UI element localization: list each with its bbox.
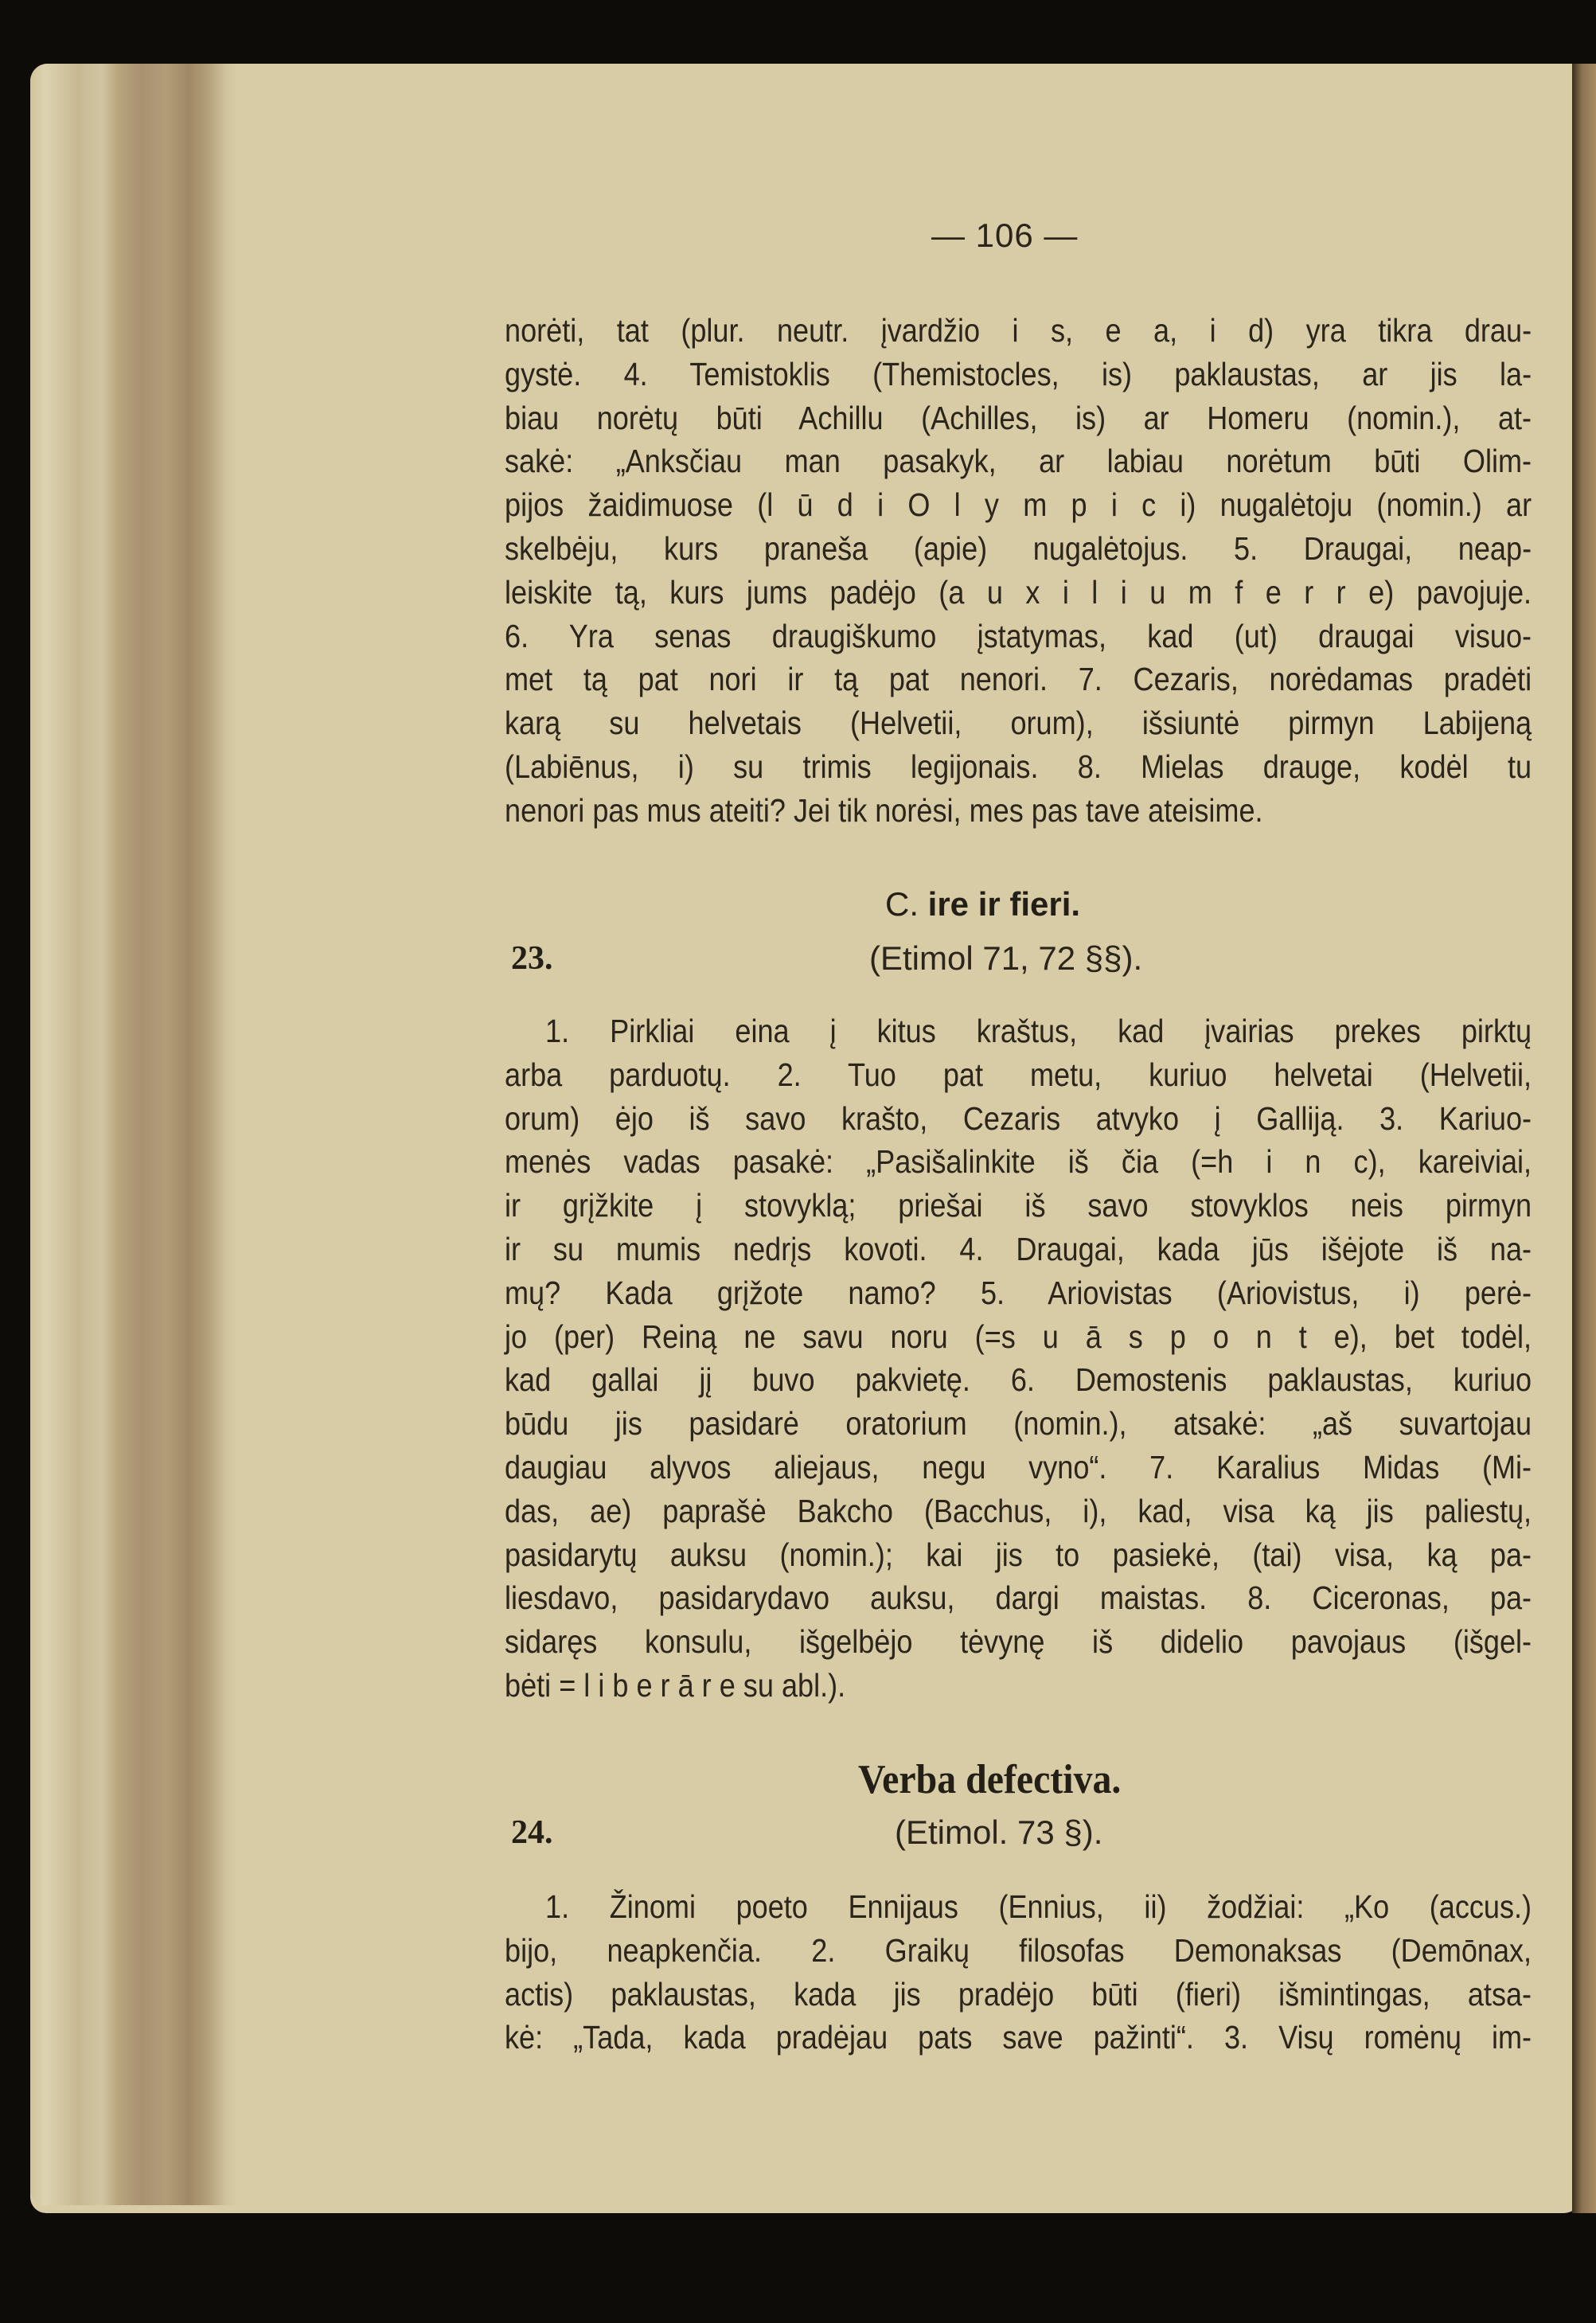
text-line: pasidarytų auksu (nomin.); kai jis to pa… — [505, 1533, 1532, 1577]
section-heading-c: C. ire ir fieri. — [885, 885, 1080, 923]
exercise-number-23: 23. — [511, 939, 553, 978]
text-line: sidaręs konsulu, išgelbėjo tėvynę iš did… — [505, 1620, 1532, 1664]
page-number: — 106 — — [931, 217, 1078, 255]
etymology-reference: (Etimol 71, 72 §§). — [869, 939, 1142, 978]
text-line: 1. Žinomi poeto Ennijaus (Ennius, ii) žo… — [505, 1885, 1532, 1929]
book-binding-edge — [1572, 64, 1596, 2213]
text-line: menės vadas pasakė: „Pasišalinkite iš či… — [505, 1140, 1532, 1184]
text-line: bijo, neapkenčia. 2. Graikų filosofas De… — [505, 1929, 1532, 1973]
text-line: būdu jis pasidarė oratorium (nomin.), at… — [505, 1402, 1532, 1446]
text-line: pijos žaidimuose (l ū d i O l y m p i c … — [505, 483, 1532, 527]
text-line: 1. Pirkliai eina į kitus kraštus, kad įv… — [505, 1009, 1532, 1053]
section-letter: C. — [885, 885, 919, 923]
text-line: 6. Yra senas draugiškumo įstatymas, kad … — [505, 615, 1532, 658]
continued-paragraph: norėti, tat (plur. neutr. įvardžio i s, … — [505, 309, 1408, 833]
exercise-23-text: 1. Pirkliai eina į kitus kraštus, kad įv… — [505, 1009, 1408, 1708]
text-line: (Labiēnus, i) su trimis legijonais. 8. M… — [505, 745, 1532, 789]
text-line: nenori pas mus ateiti? Jei tik norėsi, m… — [505, 789, 1532, 833]
section-heading-verba-defectiva: Verba defectiva. — [858, 1756, 1121, 1803]
text-line: biau norėtų būti Achillu (Achilles, is) … — [505, 396, 1532, 440]
text-line: arba parduotų. 2. Tuo pat metu, kuriuo h… — [505, 1053, 1532, 1097]
exercise-24-text: 1. Žinomi poeto Ennijaus (Ennius, ii) žo… — [505, 1885, 1408, 2059]
text-line: jo (per) Reiną ne savu noru (=s u ā s p … — [505, 1315, 1532, 1359]
page-stack-edge — [30, 64, 237, 2205]
text-line: gystė. 4. Temistoklis (Themistocles, is)… — [505, 353, 1532, 396]
text-line: norėti, tat (plur. neutr. įvardžio i s, … — [505, 309, 1532, 353]
text-line: daugiau alyvos aliejaus, negu vyno“. 7. … — [505, 1446, 1532, 1489]
text-line: actis) paklaustas, kada jis pradėjo būti… — [505, 1973, 1532, 2017]
text-line: orum) ėjo iš savo krašto, Cezaris atvyko… — [505, 1097, 1532, 1141]
text-line: leiskite tą, kurs jums padėjo (a u x i l… — [505, 571, 1532, 615]
text-line: kė: „Tada, kada pradėjau pats save pažin… — [505, 2016, 1532, 2059]
text-line: mų? Kada grįžote namo? 5. Ariovistas (Ar… — [505, 1271, 1532, 1315]
text-line: das, ae) paprašė Bakcho (Bacchus, i), ka… — [505, 1489, 1532, 1533]
exercise-number-24: 24. — [511, 1814, 553, 1852]
text-line: sakė: „Anksčiau man pasakyk, ar labiau n… — [505, 439, 1532, 483]
text-line: ir su mumis nedrįs kovoti. 4. Draugai, k… — [505, 1228, 1532, 1271]
text-line: karą su helvetais (Helvetii, orum), išsi… — [505, 701, 1532, 745]
text-line: skelbėju, kurs praneša (apie) nugalėtoju… — [505, 527, 1532, 571]
text-line: met tą pat nori ir tą pat nenori. 7. Cez… — [505, 658, 1532, 701]
text-line: kad gallai jį buvo pakvietę. 6. Demosten… — [505, 1358, 1532, 1402]
text-line: liesdavo, pasidarydavo auksu, dargi mais… — [505, 1576, 1532, 1620]
text-line: ir grįžkite į stovyklą; priešai iš savo … — [505, 1184, 1532, 1228]
text-line: bėti = l i b e r ā r e su abl.). — [505, 1664, 1532, 1708]
etymology-reference: (Etimol. 73 §). — [895, 1814, 1102, 1852]
section-title: ire ir fieri. — [928, 885, 1080, 923]
